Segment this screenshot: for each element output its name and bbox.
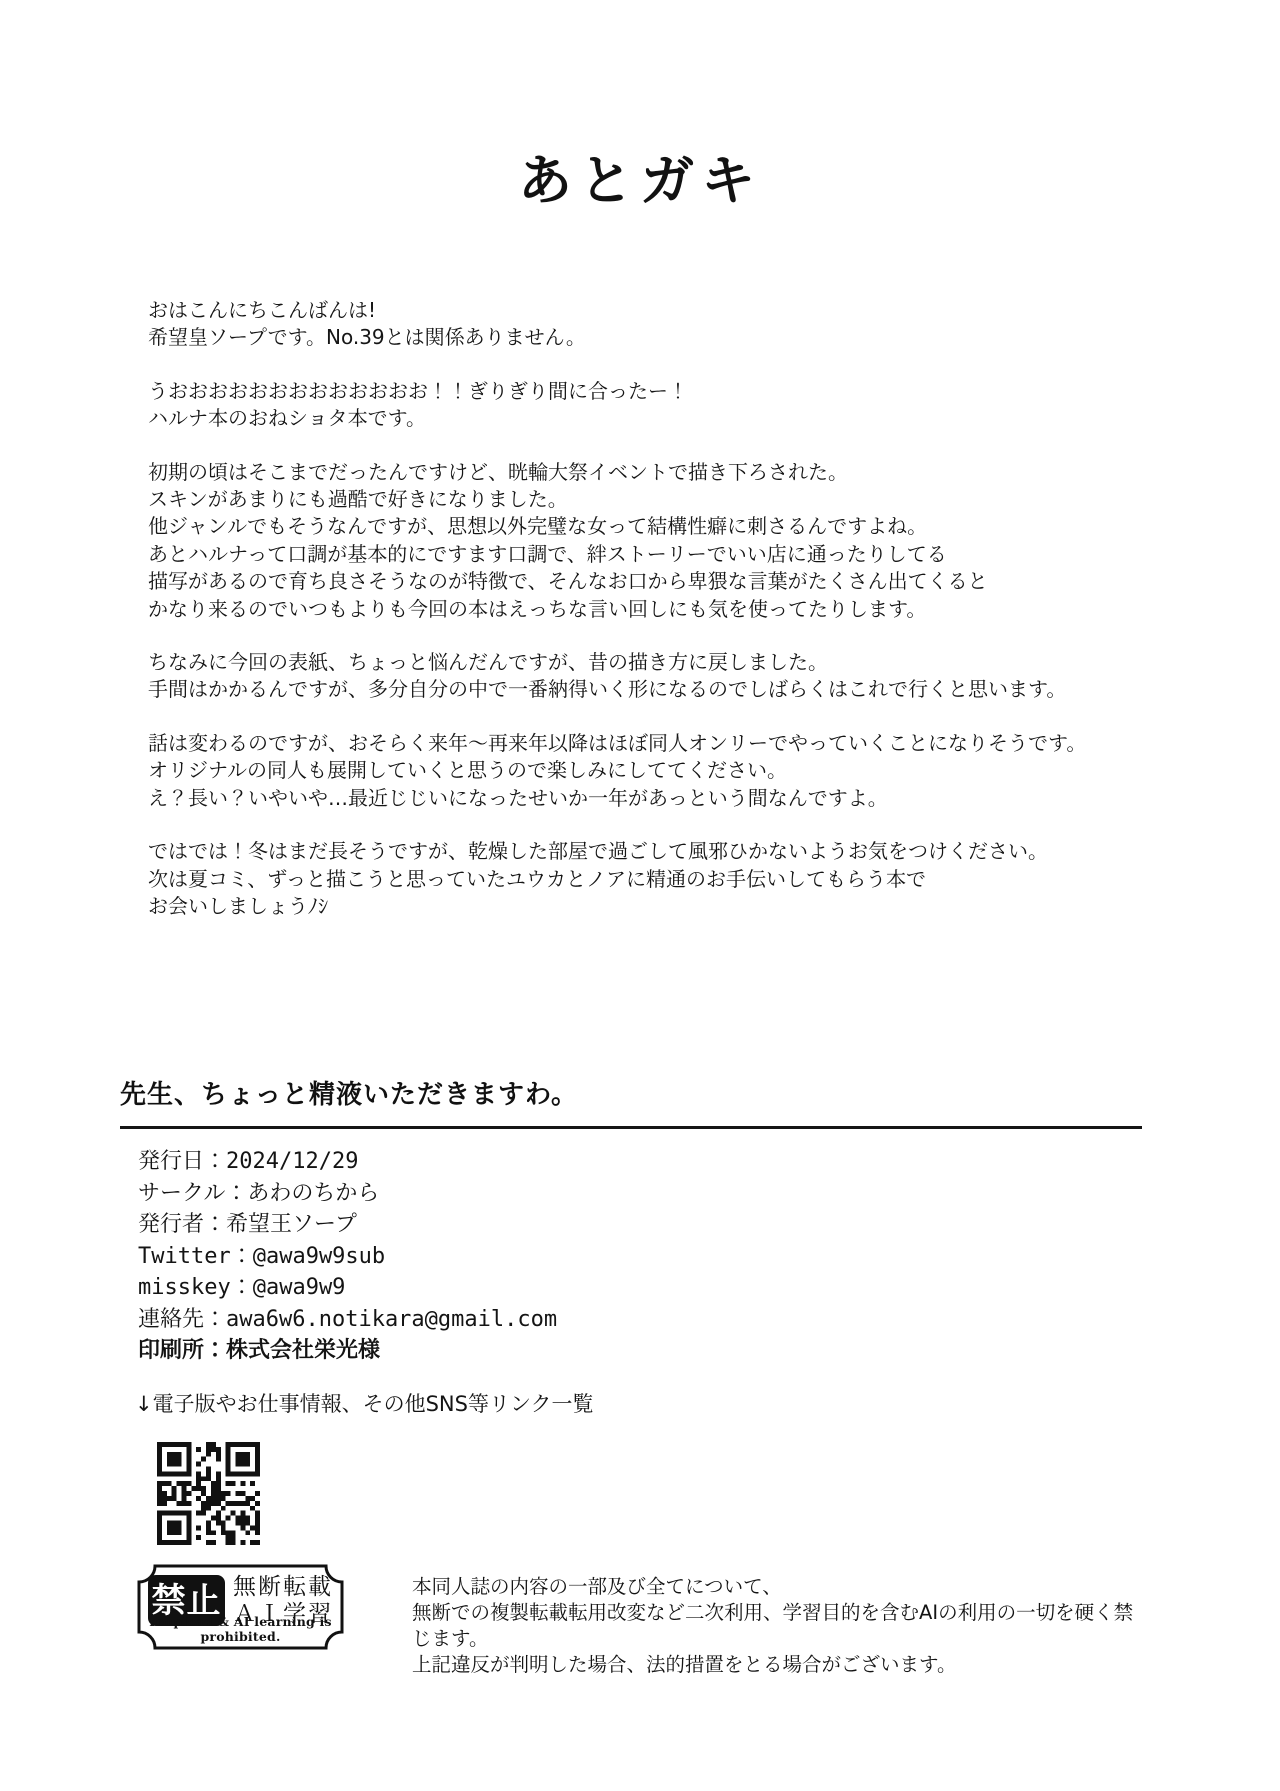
colophon-publisher: 発行者：希望王ソープ xyxy=(138,1209,557,1241)
divider-rule xyxy=(120,1126,1142,1129)
afterword-page: あとガキ おはこんにちこんばんは! 希望皇ソープです。No.39とは関係ありませ… xyxy=(0,0,1280,1791)
copyright-disclaimer: 本同人誌の内容の一部及び全てについて、 無断での複製転載転用改変など二次利用、学… xyxy=(412,1574,1152,1678)
colophon-circle: サークル：あわのちから xyxy=(138,1178,557,1210)
colophon-twitter: Twitter：@awa9w9sub xyxy=(138,1241,557,1273)
book-title: 先生、ちょっと精液いただきますわ。 xyxy=(120,1074,578,1111)
stamp-subtext: reupload & AI learning is prohibited. xyxy=(135,1614,346,1644)
colophon-misskey: misskey：@awa9w9 xyxy=(138,1272,557,1304)
afterword-body: おはこんにちこんばんは! 希望皇ソープです。No.39とは関係ありません。 うお… xyxy=(148,297,1158,946)
paragraph: おはこんにちこんばんは! 希望皇ソープです。No.39とは関係ありません。 xyxy=(148,297,1158,352)
paragraph: 初期の頃はそこまでだったんですけど、晄輪大祭イベントで描き下ろされた。 スキンが… xyxy=(148,459,1158,623)
paragraph: ちなみに今回の表紙、ちょっと悩んだんですが、昔の描き方に戻しました。 手間はかか… xyxy=(148,649,1158,704)
qr-code xyxy=(157,1442,260,1545)
paragraph: うおおおおおおおおおおおおお！！ぎりぎり間に合ったー！ ハルナ本のおねショタ本で… xyxy=(148,378,1158,433)
colophon-printer: 印刷所：株式会社栄光様 xyxy=(138,1335,557,1367)
paragraph: ではでは！冬はまだ長そうですが、乾燥した部屋で過ごして風邪ひかないようお気をつけ… xyxy=(148,838,1158,920)
colophon: 発行日：2024/12/29 サークル：あわのちから 発行者：希望王ソープ Tw… xyxy=(138,1146,557,1367)
colophon-contact-email: 連絡先：awa6w6.notikara@gmail.com xyxy=(138,1304,557,1336)
prohibition-stamp: 禁止 無断転載 ＡＩ学習 reupload & AI learning is p… xyxy=(135,1562,346,1652)
ban-badge-label: 禁止 xyxy=(152,1584,222,1618)
page-title: あとガキ xyxy=(0,138,1280,215)
colophon-issue-date: 発行日：2024/12/29 xyxy=(138,1146,557,1178)
paragraph: 話は変わるのですが、おそらく来年～再来年以降はほぼ同人オンリーでやっていくことに… xyxy=(148,730,1158,812)
links-note: ↓電子版やお仕事情報、その他SNS等リンク一覧 xyxy=(135,1388,594,1418)
